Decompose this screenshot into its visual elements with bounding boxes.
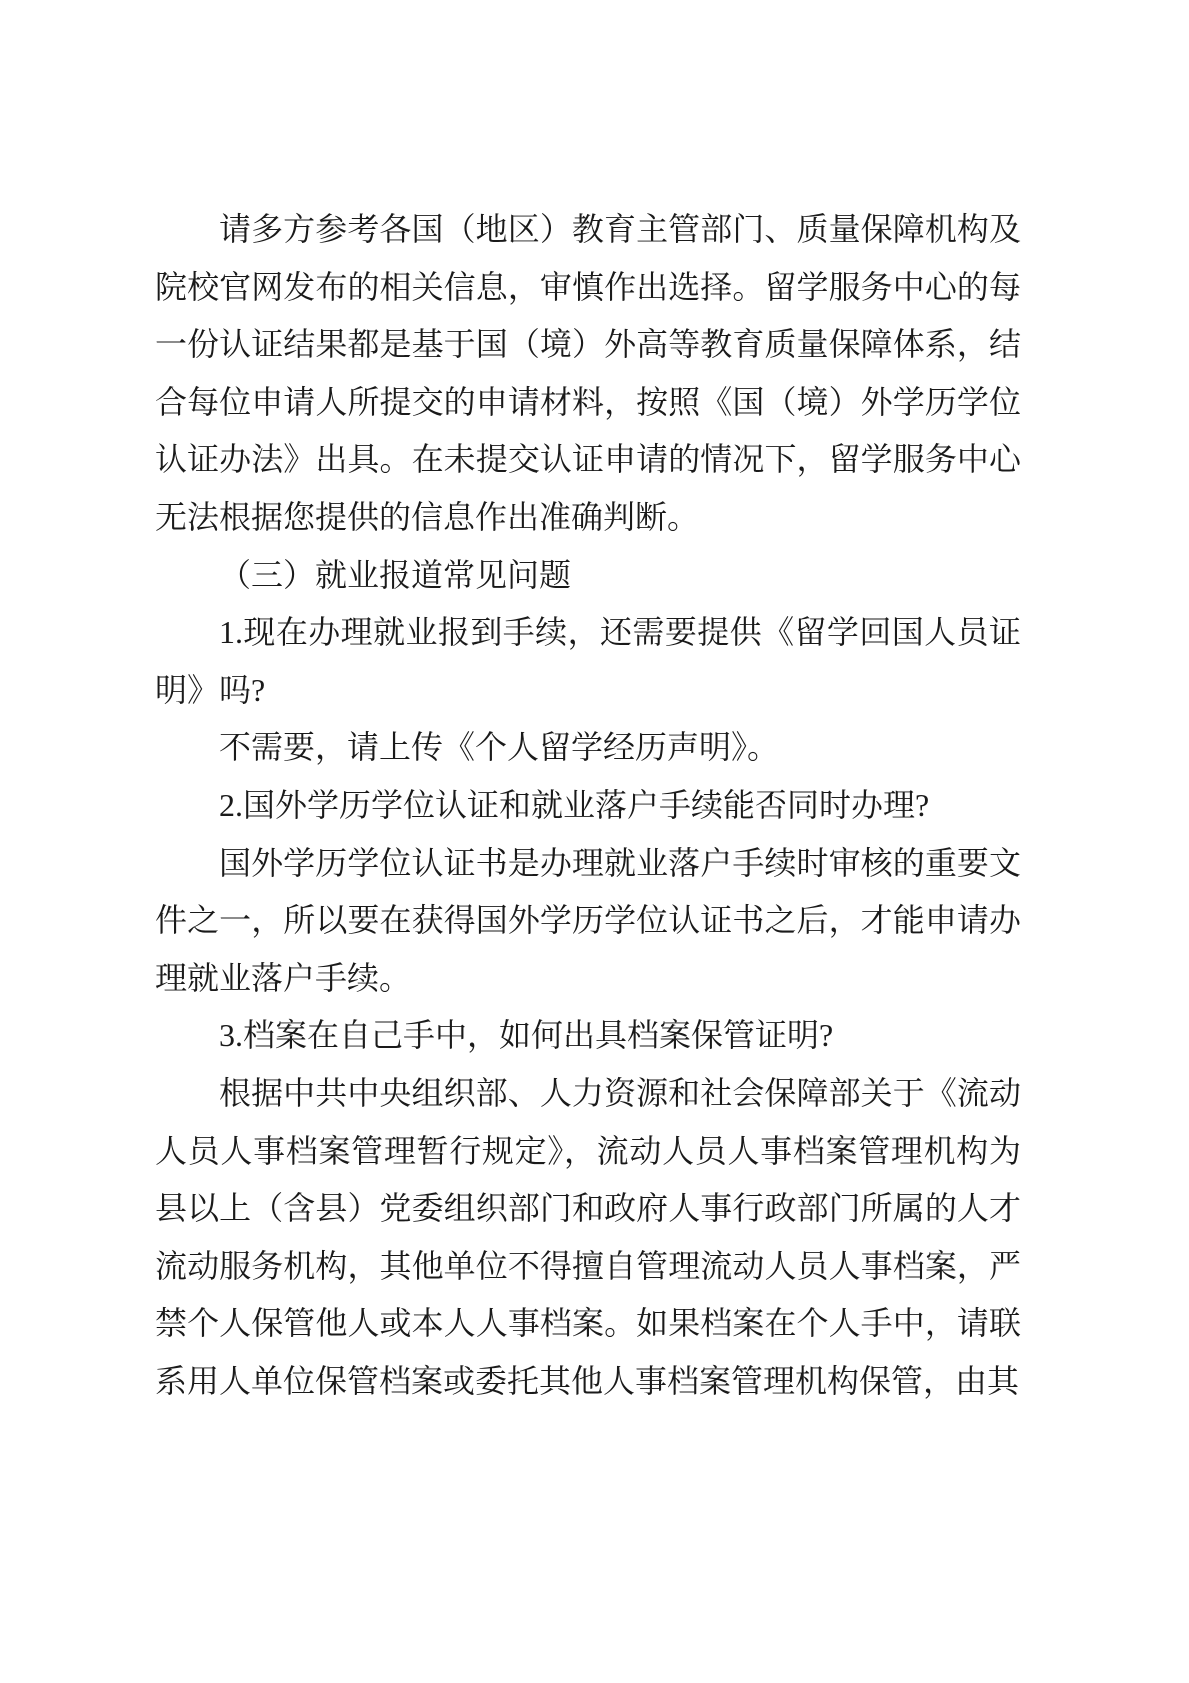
document-page: 请多方参考各国（地区）教育主管部门、质量保障机构及院校官网发布的相关信息，审慎作… [0,0,1189,1683]
faq1-question: 1.现在办理就业报到手续，还需要提供《留学回国人员证明》吗? [155,604,1021,719]
intro-paragraph: 请多方参考各国（地区）教育主管部门、质量保障机构及院校官网发布的相关信息，审慎作… [155,201,1021,547]
faq3-answer: 根据中共中央组织部、人力资源和社会保障部关于《流动人员人事档案管理暂行规定》，流… [155,1065,1021,1411]
faq3-question: 3.档案在自己手中，如何出具档案保管证明? [155,1007,1021,1065]
faq1-answer: 不需要，请上传《个人留学经历声明》。 [155,719,1021,777]
document-text-column: 请多方参考各国（地区）教育主管部门、质量保障机构及院校官网发布的相关信息，审慎作… [155,201,1021,1410]
faq2-question: 2.国外学历学位认证和就业落户手续能否同时办理? [155,777,1021,835]
faq2-answer: 国外学历学位认证书是办理就业落户手续时审核的重要文件之一，所以要在获得国外学历学… [155,835,1021,1008]
section-heading: （三）就业报道常见问题 [155,547,1021,605]
